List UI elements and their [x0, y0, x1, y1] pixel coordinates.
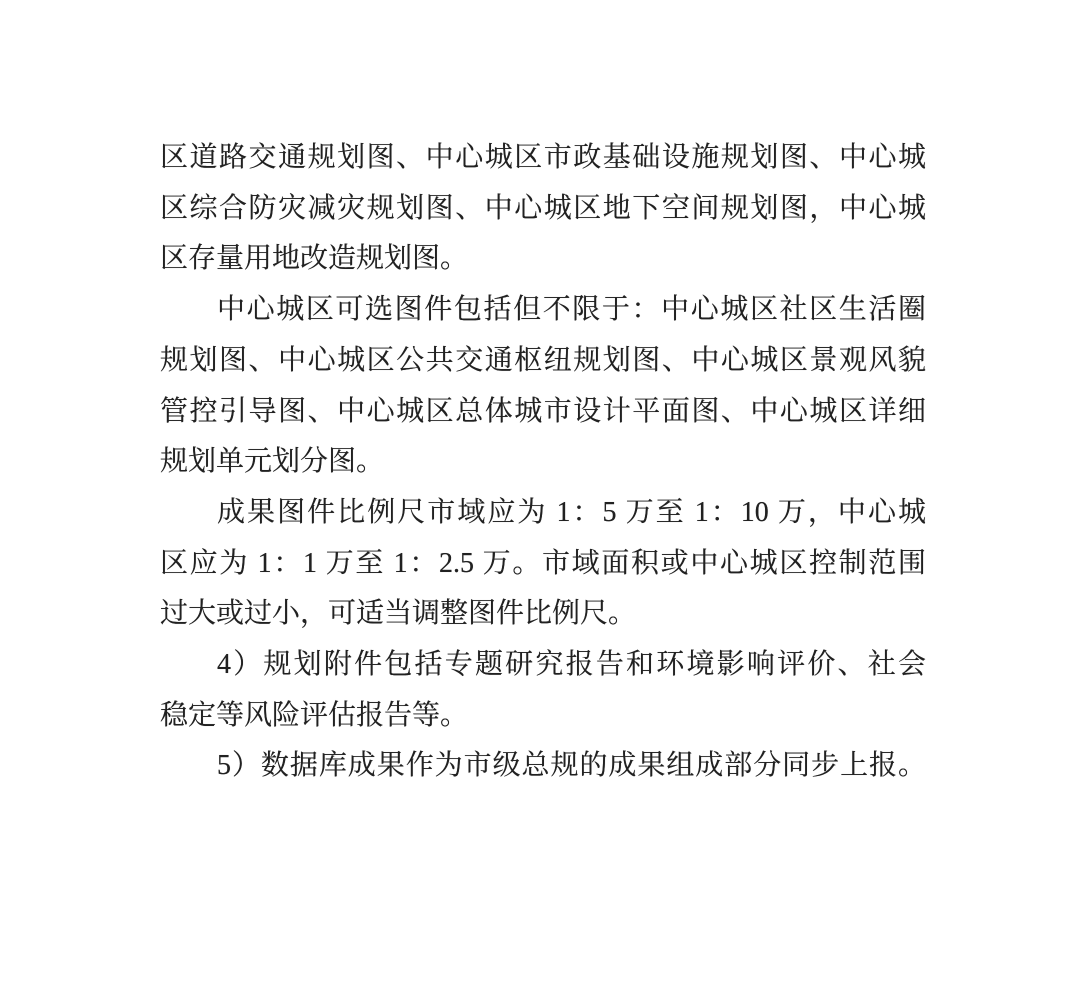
text-line: 区综合防灾减灾规划图、中心城区地下空间规划图，中心城	[160, 184, 926, 235]
text-line: 规划图、中心城区公共交通枢纽规划图、中心城区景观风貌	[160, 336, 926, 387]
text-line: 区应为 1：1 万至 1：2.5 万。市域面积或中心城区控制范围	[160, 539, 926, 590]
text-line: 成果图件比例尺市域应为 1：5 万至 1：10 万，中心城	[160, 488, 926, 539]
text-line: 过大或过小，可适当调整图件比例尺。	[160, 589, 926, 640]
text-line: 区存量用地改造规划图。	[160, 234, 926, 285]
text-line: 中心城区可选图件包括但不限于：中心城区社区生活圈	[160, 285, 926, 336]
text-line: 管控引导图、中心城区总体城市设计平面图、中心城区详细	[160, 387, 926, 438]
text-block: 区道路交通规划图、中心城区市政基础设施规划图、中心城区综合防灾减灾规划图、中心城…	[160, 133, 926, 792]
text-line: 5）数据库成果作为市级总规的成果组成部分同步上报。	[160, 741, 926, 792]
document-page: 区道路交通规划图、中心城区市政基础设施规划图、中心城区综合防灾减灾规划图、中心城…	[0, 0, 1080, 985]
text-line: 4）规划附件包括专题研究报告和环境影响评价、社会	[160, 640, 926, 691]
text-line: 区道路交通规划图、中心城区市政基础设施规划图、中心城	[160, 133, 926, 184]
text-line: 稳定等风险评估报告等。	[160, 691, 926, 742]
text-line: 规划单元划分图。	[160, 437, 926, 488]
